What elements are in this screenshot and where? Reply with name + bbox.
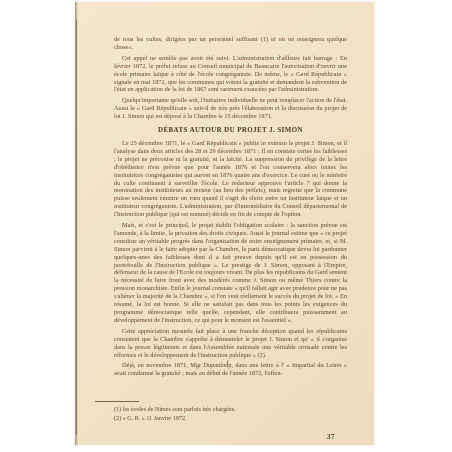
section-heading: DÉBATS AUTOUR DU PROJET J. SIMON bbox=[114, 127, 347, 135]
paragraph: Mais, et c'est le principal, le projet é… bbox=[114, 222, 347, 325]
footnotes-block: (1) les écoles de Nimes sont parfois trè… bbox=[114, 406, 347, 424]
footnote: (1) les écoles de Nimes sont parfois trè… bbox=[114, 406, 347, 415]
paragraph: Quelqu'importante qu'elle soit, l'initia… bbox=[114, 97, 347, 121]
book-page: de tous les cultes, dirigées par un pers… bbox=[75, 2, 374, 445]
footnote-separator bbox=[95, 401, 139, 402]
footnote: (2) « G. R. » 11 Janvier 1872. bbox=[114, 415, 347, 424]
page-text-block: de tous les cultes, dirigées par un pers… bbox=[114, 36, 347, 381]
page-edge-line bbox=[76, 20, 77, 435]
paragraph: Cette appréciation mesurée fait place à … bbox=[114, 328, 347, 360]
paragraph: Cet appel ne semble pas avoir été suivi.… bbox=[114, 55, 347, 95]
paragraph: Le 25 décembre 1871, le « Gard Républica… bbox=[114, 140, 347, 219]
paragraph: de tous les cultes, dirigées par un pers… bbox=[114, 36, 347, 52]
paragraph: Déjà, en novembre 1871, Mgr Dupanloup, d… bbox=[114, 362, 347, 378]
page-number: 37 bbox=[327, 433, 335, 441]
